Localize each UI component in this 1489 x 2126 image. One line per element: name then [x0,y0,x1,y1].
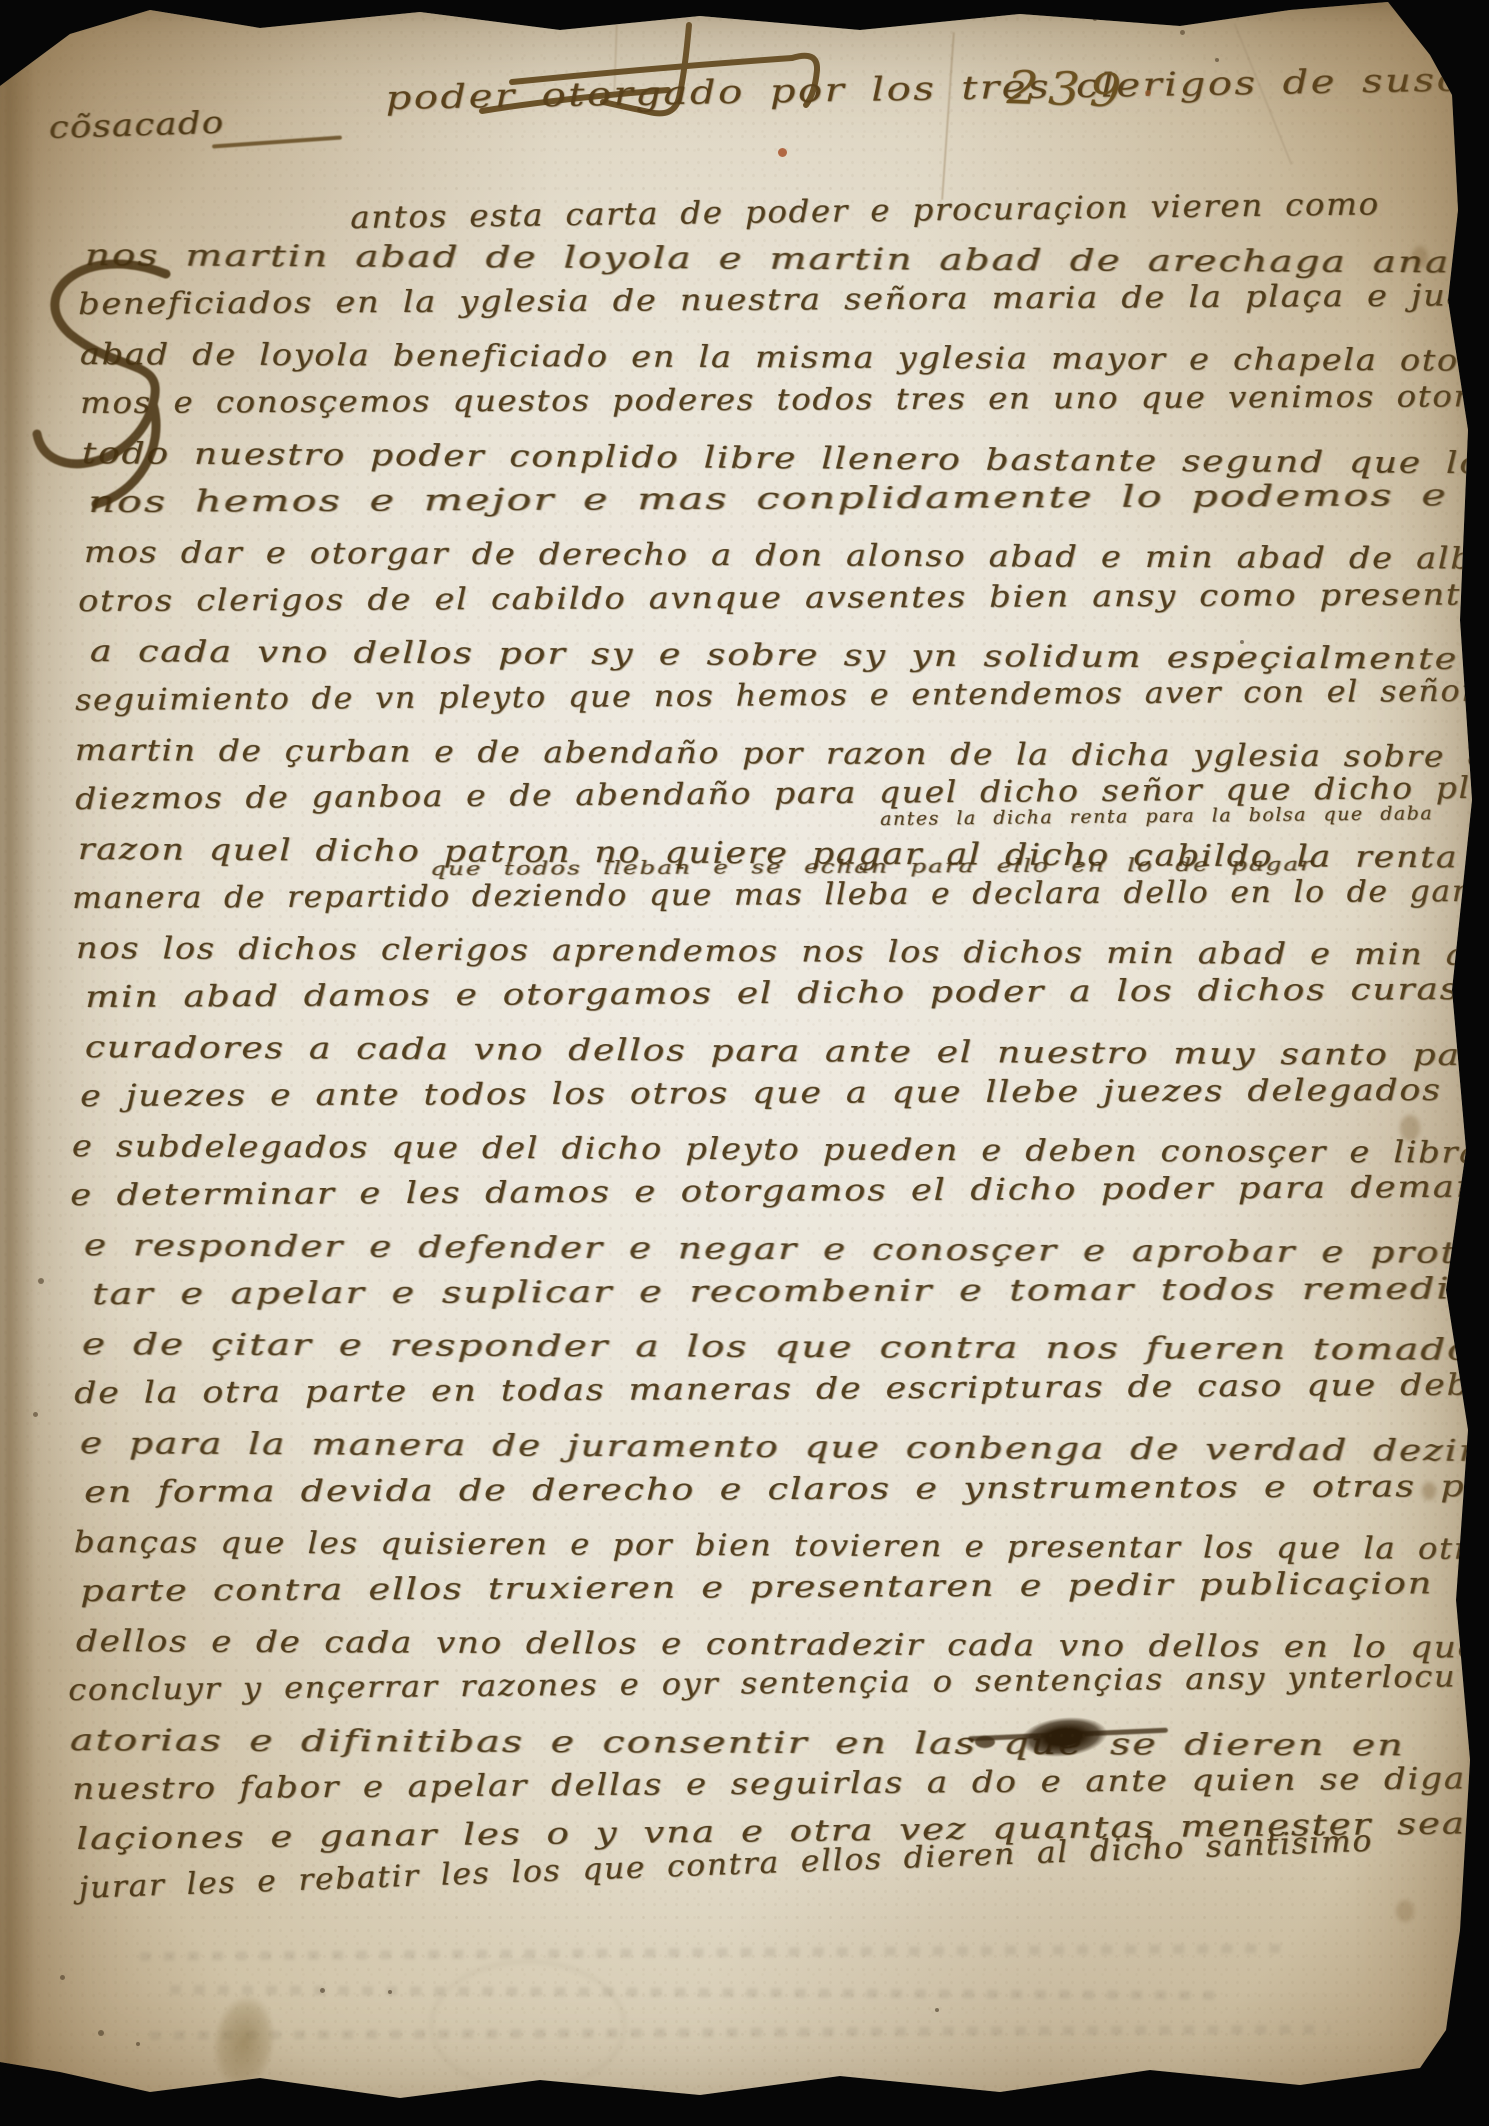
ink-speck [320,1988,325,1993]
ink-speck [935,2008,939,2012]
manuscript-line: atorias e difinitibas e consentir en las… [70,1723,1405,1763]
ink-speck [33,1412,38,1417]
manuscript-line: manera de repartido deziendo que mas lle… [72,874,1489,916]
ink-speck [388,1990,392,1994]
manuscript-line: mos e conosçemos questos poderes todos t… [80,379,1489,421]
manuscript-body: antos esta carta de poder e procuraçion … [0,0,1489,2126]
manuscript-line: nos martin abad de loyola e martin abad … [85,238,1489,281]
manuscript-line: e determinar e les damos e otorgamos el … [70,1169,1489,1213]
rust-spot [778,148,787,157]
manuscript-line: seguimiento de vn pleyto que nos hemos e… [75,673,1489,718]
manuscript-line: concluyr y ençerrar razones e oyr senten… [68,1659,1456,1708]
manuscript-line: nos hemos e mejor e mas conplidamente lo… [88,477,1489,520]
manuscript-line: en forma devida de derecho e claros e yn… [84,1469,1489,1510]
manuscript-line: e juezes e ante todos los otros que a qu… [80,1073,1442,1114]
ink-speck [1215,58,1219,62]
manuscript-line: beneficiados en la yglesia de nuestra se… [78,278,1489,322]
ink-speck [1240,640,1244,644]
manuscript-line: e para la manera de juramento que conben… [80,1426,1489,1469]
ink-speck [136,2042,140,2046]
manuscript-line: nuestro fabor e apelar dellas e seguirla… [72,1761,1466,1807]
manuscript-line: otros clerigos de el cabildo avnque avse… [78,577,1489,619]
ink-speck [1093,17,1097,21]
manuscript-line: dellos e de cada vno dellos e contradezi… [76,1624,1480,1665]
manuscript-line: e de çitar e responder a los que contra … [82,1327,1489,1368]
ink-speck [98,2030,104,2036]
manuscript-line: martin de çurban e de abendaño por razon… [75,733,1489,775]
manuscript-line: mos dar e otorgar de derecho a don alons… [84,535,1489,577]
scan-background: poder otorgado por los tres clerigos de … [0,0,1489,2126]
manuscript-line: min abad damos e otorgamos el dicho pode… [85,971,1489,1015]
ink-speck [1180,30,1185,35]
rust-spot [1145,90,1151,96]
manuscript-line: de la otra parte en todas maneras de esc… [74,1367,1489,1411]
manuscript-line: antos esta carta de poder e procuraçion … [350,186,1380,236]
ink-speck [38,1278,44,1284]
parchment-page: poder otorgado por los tres clerigos de … [0,0,1489,2126]
manuscript-line: todo nuestro poder conplido libre llener… [82,436,1483,481]
ink-blot-stain [975,1736,995,1748]
manuscript-line: e subdelegados que del dicho pleyto pued… [72,1129,1489,1171]
manuscript-line: curadores a cada vno dellos para ante el… [85,1030,1489,1073]
manuscript-line: a cada vno dellos por sy e sobre sy yn s… [90,634,1489,677]
manuscript-line: banças que les quisieren e por bien tovi… [74,1525,1489,1567]
manuscript-line: parte contra ellos truxieren e presentar… [80,1566,1433,1609]
ink-speck [60,1975,65,1980]
manuscript-line: e responder e defender e negar e conosçe… [84,1228,1489,1271]
interlinear-insertion: antes la dicha renta para la bolsa que d… [880,802,1433,830]
manuscript-line: abad de loyola beneficiado en la misma y… [80,337,1489,379]
manuscript-line: tar e apelar e suplicar e recombenir e t… [92,1271,1489,1312]
manuscript-line: nos los dichos clerigos aprendemos nos l… [76,931,1489,973]
